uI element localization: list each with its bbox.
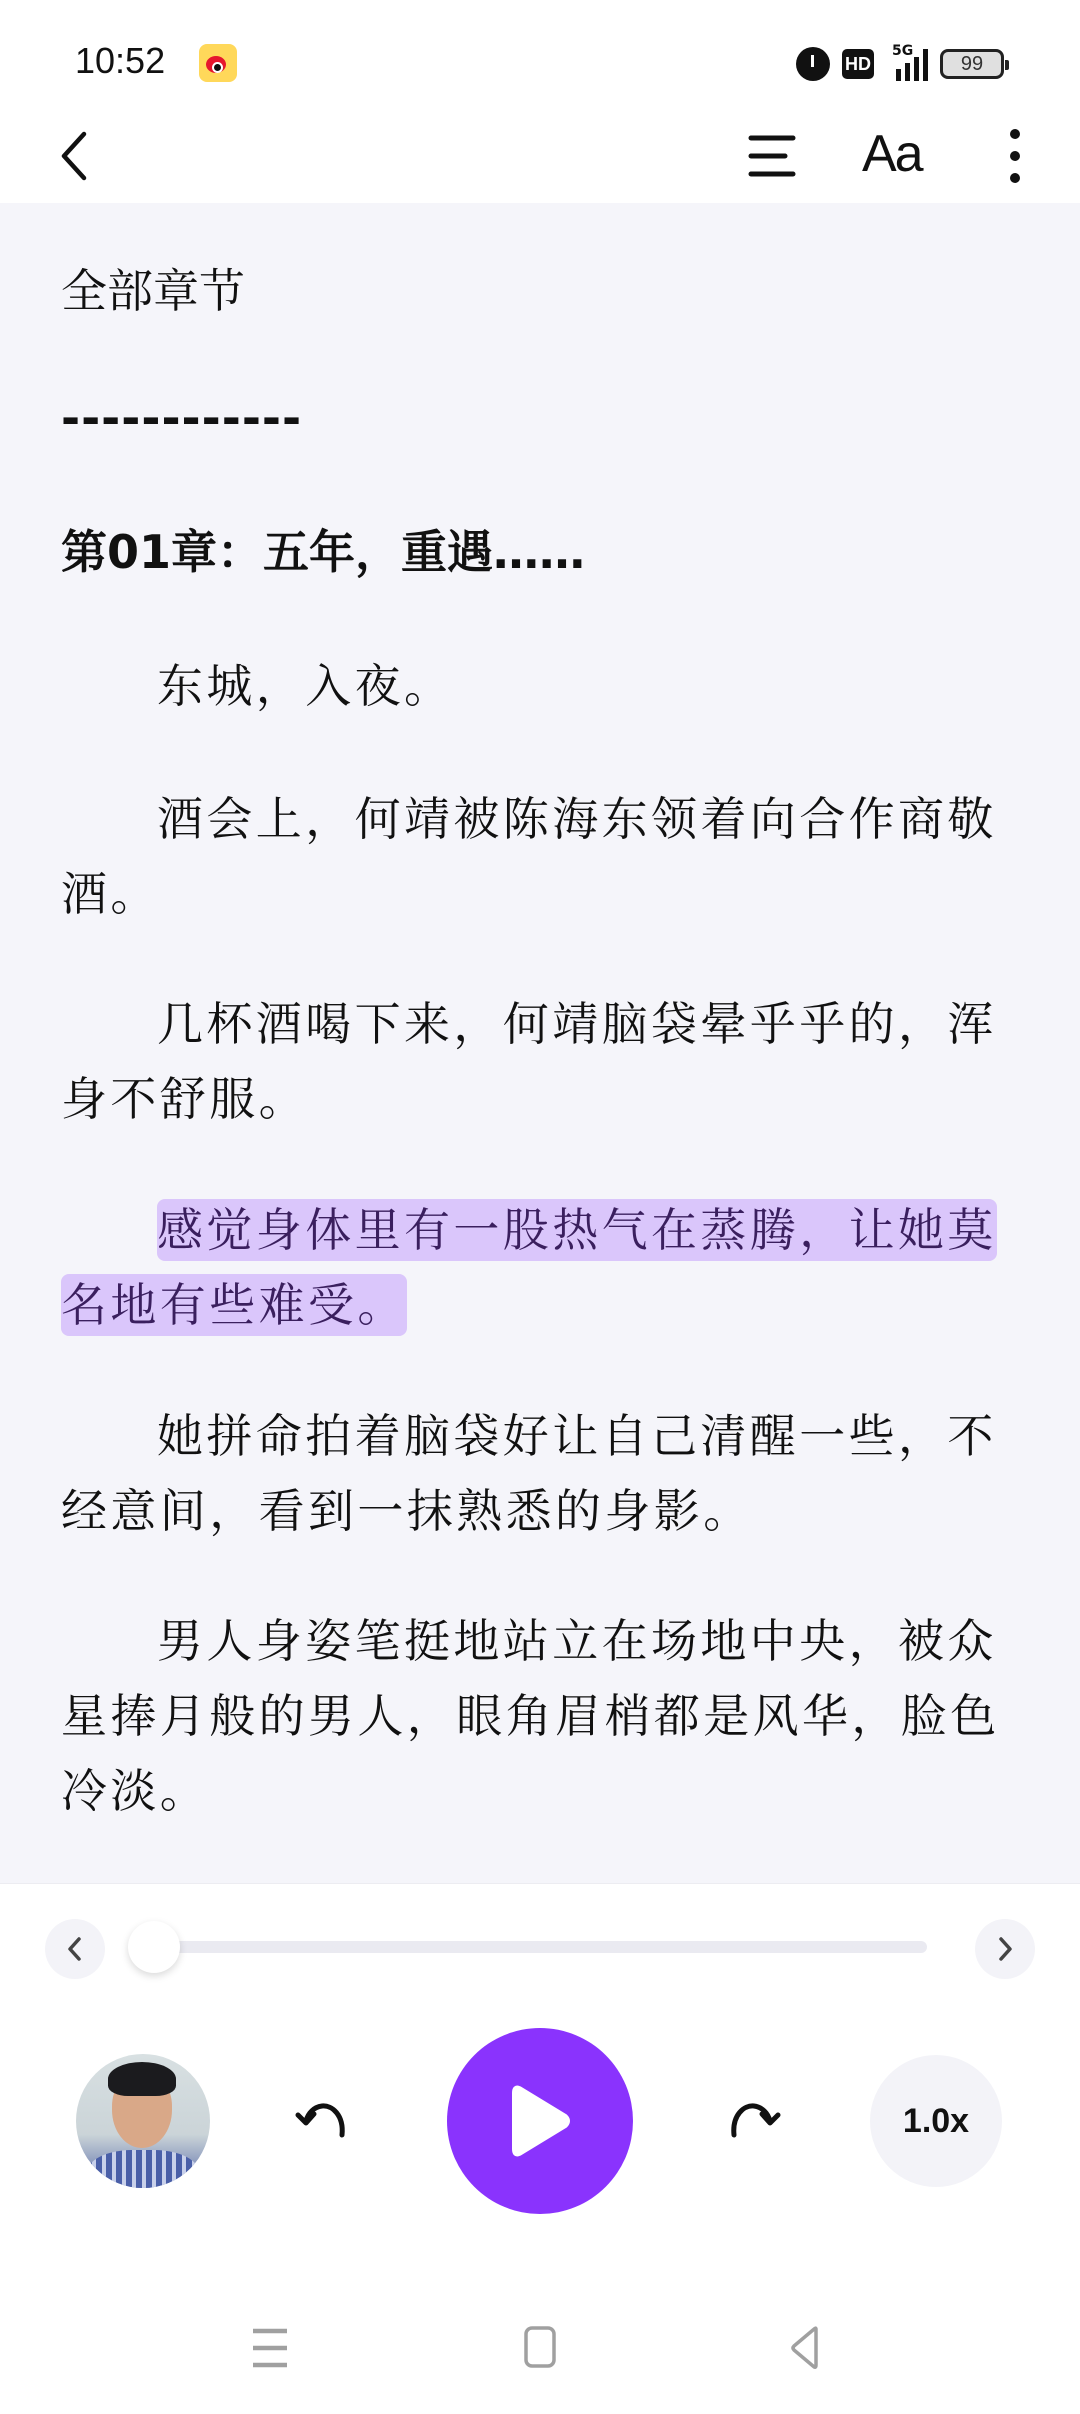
highlighted-text: 感觉身体里有一股热气在蒸腾，让她莫名地有些难受。 — [61, 1199, 997, 1336]
system-back-button[interactable] — [780, 2323, 830, 2373]
avatar-shirt — [86, 2150, 200, 2188]
back-button[interactable] — [50, 126, 110, 186]
hd-icon: HD — [842, 49, 874, 79]
next-chapter-button[interactable] — [975, 1919, 1035, 1979]
signal-bar — [896, 69, 901, 81]
text-divider: ------------ — [61, 387, 302, 449]
signal-bar — [923, 49, 928, 81]
signal-5g-icon: 5G — [886, 47, 928, 81]
chevron-right-icon — [993, 1934, 1017, 1964]
avatar-hair — [108, 2062, 176, 2096]
battery-icon: 99 — [940, 49, 1004, 79]
progress-slider-thumb[interactable] — [128, 1921, 180, 1973]
audio-player: 1.0x — [0, 1883, 1080, 2283]
signal-bar — [914, 57, 919, 81]
chapter-title: 第01章：五年，重遇…… — [61, 521, 585, 583]
all-chapters-label[interactable]: 全部章节 — [61, 260, 245, 322]
menu-list-icon — [745, 128, 801, 184]
play-button[interactable] — [447, 2028, 633, 2214]
recent-apps-button[interactable] — [245, 2323, 295, 2373]
forward-button[interactable] — [718, 2089, 784, 2155]
rewind-button[interactable] — [292, 2089, 358, 2155]
table-of-contents-button[interactable] — [745, 128, 801, 184]
status-time: 10:52 — [75, 40, 165, 82]
weibo-notification-icon — [199, 44, 237, 82]
forward-arrow-icon — [718, 2089, 784, 2155]
reader-toolbar: Aa — [0, 110, 1080, 203]
network-type: 5G — [892, 43, 913, 59]
chevron-left-icon — [63, 1934, 87, 1964]
previous-chapter-button[interactable] — [45, 1919, 105, 1979]
paragraph-highlighted: 感觉身体里有一股热气在蒸腾，让她莫名地有些难受。 — [61, 1193, 1019, 1343]
font-settings-button[interactable]: Aa — [862, 124, 932, 184]
paragraph: 男人身姿笔挺地站立在场地中央，被众星捧月般的男人，眼角眉梢都是风华，脸色冷淡。 — [61, 1604, 1019, 1829]
status-bar: 10:52 HD 5G 99 — [0, 0, 1080, 120]
more-vertical-icon — [990, 126, 1040, 186]
rewind-arrow-icon — [292, 2089, 358, 2155]
more-options-button[interactable] — [990, 126, 1040, 186]
progress-slider-track[interactable] — [150, 1941, 927, 1953]
status-icons: HD 5G 99 — [796, 44, 1004, 84]
signal-bar — [905, 63, 910, 81]
alarm-icon — [796, 47, 830, 81]
paragraph: 几杯酒喝下来，何靖脑袋晕乎乎的，浑身不舒服。 — [61, 987, 1019, 1137]
narrator-avatar[interactable] — [76, 2054, 210, 2188]
paragraph: 东城，入夜。 — [61, 649, 1019, 724]
play-icon — [505, 2081, 575, 2161]
paragraph: 酒会上，何靖被陈海东领着向合作商敬酒。 — [61, 782, 1019, 932]
playback-speed-button[interactable]: 1.0x — [870, 2055, 1002, 2187]
chevron-left-icon — [50, 126, 110, 186]
home-icon — [515, 2323, 565, 2373]
system-navigation-bar — [0, 2283, 1080, 2414]
home-button[interactable] — [515, 2323, 565, 2373]
reading-content[interactable]: 全部章节 ------------ 第01章：五年，重遇…… 东城，入夜。 酒会… — [0, 203, 1080, 1883]
recent-apps-icon — [245, 2323, 295, 2373]
back-triangle-icon — [780, 2323, 830, 2373]
paragraph: 她拼命拍着脑袋好让自己清醒一些，不经意间，看到一抹熟悉的身影。 — [61, 1399, 1019, 1549]
